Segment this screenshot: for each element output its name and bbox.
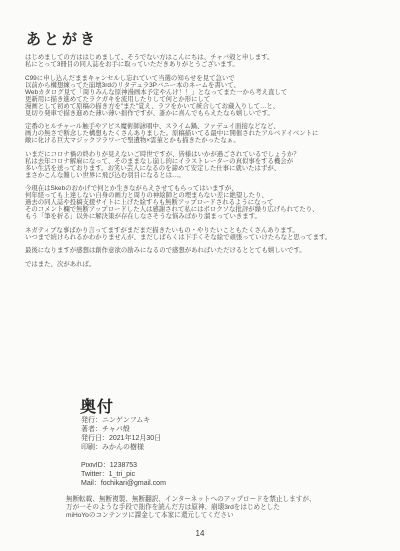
text-line: C99に申し込んだままキャンセルし忘れていて当選の知らせを見て急いで [25, 75, 377, 82]
afterword-paragraph: ネガティブな事ばかり言ってますがまだまだ描きたいもの・やりたいこともたくさんあり… [25, 227, 377, 241]
text-line: 最後になりますが感想は創作意欲の励みになるので感想があればいただけるととても嬉し… [25, 247, 377, 254]
text-line: 無断転載、無断複製、無断翻訳、インターネットへのアップロードを禁止しますが、 [66, 496, 316, 504]
text-line: いまだにコロナ禍の終わりが見えないご時世ですが、皆様はいかが過ごされているでしょ… [25, 151, 377, 158]
colophon-heading: 奥付 [80, 394, 114, 417]
afterword-paragraph: いまだにコロナ禍の終わりが見えないご時世ですが、皆様はいかが過ごされているでしょ… [25, 151, 377, 179]
text-line: miHoYoのコンテンツに課金して本家に還元してください [66, 512, 316, 520]
text-line: 私は去年コロナ解雇になって、そのままなし崩し的にイラストレーターの真似事をする機… [25, 158, 377, 165]
publisher-line: 発行：ニンゲンフムキ [81, 416, 161, 425]
text-line: ネガティブな事ばかり言ってますがまだまだ描きたいもの・やりたいこともたくさんあり… [25, 227, 377, 234]
afterword-heading: あとがき [26, 28, 98, 49]
text-line: 私にとって3冊目の同人誌をお手に取っていただきありがとうございます。 [25, 61, 377, 68]
text-line: 漫画として初めて原稿の描き方を"また"覚え、ラフをかいて統合してお蔵入りして…と… [25, 103, 377, 110]
pixiv-id-line: PixivID：1238753 [81, 461, 166, 470]
afterword-paragraph: はじめましての方ははじめまして、そうでない方はこんにちは、チャバ殻と申します。私… [25, 54, 377, 68]
author-line: 著者：チャバ殻 [81, 425, 161, 434]
text-line: まさかこんな難しい世界に飛び込む羽目になるとは…。 [25, 172, 377, 179]
colophon-contact-info: PixivID：1238753 Twitter：1_tri_pic Mail：f… [81, 461, 166, 488]
text-line: 更新用に描き進めてたラクガキを流用したりして何とか形にして [25, 96, 377, 103]
afterword-paragraph: 最後になりますが感想は創作意欲の励みになるので感想があればいただけるととても嬉し… [25, 247, 377, 254]
afterword-body: はじめましての方ははじめまして、そうでない方はこんにちは、チャバ殻と申します。私… [25, 54, 377, 274]
text-line: Webカタログ見て「周りみんな原神漫画本予定やんけ！！」となってまた一から考え直… [25, 89, 377, 96]
text-line: そのコメント欄で無断アップロードした人は感謝されて私にはボロクソな批評が繰り広げ… [25, 206, 377, 213]
doujin-afterword-page: あとがき はじめましての方ははじめまして、そうでない方はこんにちは、チャバ殻と申… [0, 0, 400, 551]
twitter-line: Twitter：1_tri_pic [81, 470, 166, 479]
text-line: 定番のヒルチャール触手やアビス魔術師詠唱中、スライム鍋、ファデュイ面接などなど、 [25, 123, 377, 130]
text-line: 多い生活を送っております。お笑い芸人になるのを諦めて安定した仕事に就いたはずが、 [25, 165, 377, 172]
text-line: いつまで続けられるかわかりませんが、まだしばらくは下手くそな絵で頑張っていけたら… [25, 234, 377, 241]
afterword-paragraph: 今現在はSkebのおかげで何とか生きながらえさせてもらってはいますが、何年経って… [25, 185, 377, 220]
text-line: 何年経っても上達しない自身の画力と周りの神絵師との埋まらない差に絶望したり、 [25, 192, 377, 199]
text-line: 万が一そのような手段で拙作を読んだ方は原神、崩壊3rdをはじめとした [66, 504, 316, 512]
text-line: 見切り発車で描き進めた薄い薄い拙作ですが、誰かに喜んでもらえたなら嬉しいです。 [25, 110, 377, 117]
afterword-paragraph: C99に申し込んだままキャンセルし忘れていて当選の知らせを見て急いで以前から構想… [25, 75, 377, 117]
mail-line: Mail：fochikari@gmail.com [81, 479, 166, 488]
afterword-paragraph: ではまた、次があれば。 [25, 261, 377, 268]
text-line: 以前から構想練ってた崩壊3rdのリタデュラ3Pバニー本のネームを書いて、 [25, 82, 377, 89]
text-line: ではまた、次があれば。 [25, 261, 377, 268]
text-line: はじめましての方ははじめまして、そうでない方はこんにちは、チャバ殻と申します。 [25, 54, 377, 61]
page-number: 14 [0, 529, 400, 538]
text-line: もう「筆を折る」以外に解決策が存在しなさそうな悩みばかり溜まっていきます。 [25, 213, 377, 220]
text-line: 過去の同人誌や投稿支援サイトに上げた絵すらも無断アップロードされるようになって [25, 199, 377, 206]
publish-date-line: 発行日：2021年12月30日 [81, 434, 161, 443]
text-line: 敵に化ける巨大マジックフラワーで聖遺物×雲菫とかも描きたかったなぁ。 [25, 137, 377, 144]
copyright-disclaimer: 無断転載、無断複製、無断翻訳、インターネットへのアップロードを禁止しますが、万が… [66, 496, 316, 520]
printer-line: 印刷：みかんの樹様 [81, 443, 161, 452]
text-line: 画力の無さで断念した構想もたくさんありました。原稿描いてる最中に開催されたアルベ… [25, 130, 377, 137]
colophon-publication-info: 発行：ニンゲンフムキ 著者：チャバ殻 発行日：2021年12月30日 印刷：みか… [81, 416, 161, 452]
text-line: 今現在はSkebのおかげで何とか生きながらえさせてもらってはいますが、 [25, 185, 377, 192]
afterword-paragraph: 定番のヒルチャール触手やアビス魔術師詠唱中、スライム鍋、ファデュイ面接などなど、… [25, 123, 377, 144]
